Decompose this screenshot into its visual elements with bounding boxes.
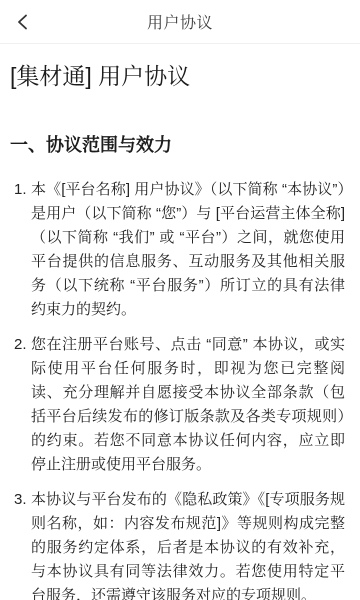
- agreement-content[interactable]: [集材通] 用户协议 一、协议范围与效力 1. 本《[平台名称] 用户协议》（以…: [0, 44, 360, 600]
- clause-list: 1. 本《[平台名称] 用户协议》（以下简称 “本协议”）是用户（以下简称 “您…: [10, 178, 345, 600]
- document-title: [集材通] 用户协议: [10, 61, 345, 91]
- section-heading: 一、协议范围与效力: [10, 134, 345, 156]
- list-item: 3. 本协议与平台发布的《隐私政策》《[专项服务规则名称，如：内容发布规范]》等…: [10, 488, 345, 600]
- list-item: 2. 您在注册平台账号、点击 “同意” 本协议，或实际使用平台任何服务时，即视为…: [10, 333, 345, 477]
- clause-text: 本协议与平台发布的《隐私政策》《[专项服务规则名称，如：内容发布规范]》等规则构…: [31, 488, 345, 600]
- clause-text: 您在注册平台账号、点击 “同意” 本协议，或实际使用平台任何服务时，即视为您已完…: [31, 333, 345, 477]
- clause-number: 3.: [14, 488, 31, 600]
- clause-number: 2.: [14, 333, 31, 477]
- clause-text: 本《[平台名称] 用户协议》（以下简称 “本协议”）是用户（以下简称 “您”）与…: [31, 178, 345, 322]
- chevron-left-icon: [14, 13, 32, 31]
- list-item: 1. 本《[平台名称] 用户协议》（以下简称 “本协议”）是用户（以下简称 “您…: [10, 178, 345, 322]
- back-button[interactable]: [6, 5, 40, 39]
- page-title: 用户协议: [147, 10, 213, 33]
- top-nav-bar: 用户协议: [0, 0, 360, 44]
- clause-number: 1.: [14, 178, 31, 322]
